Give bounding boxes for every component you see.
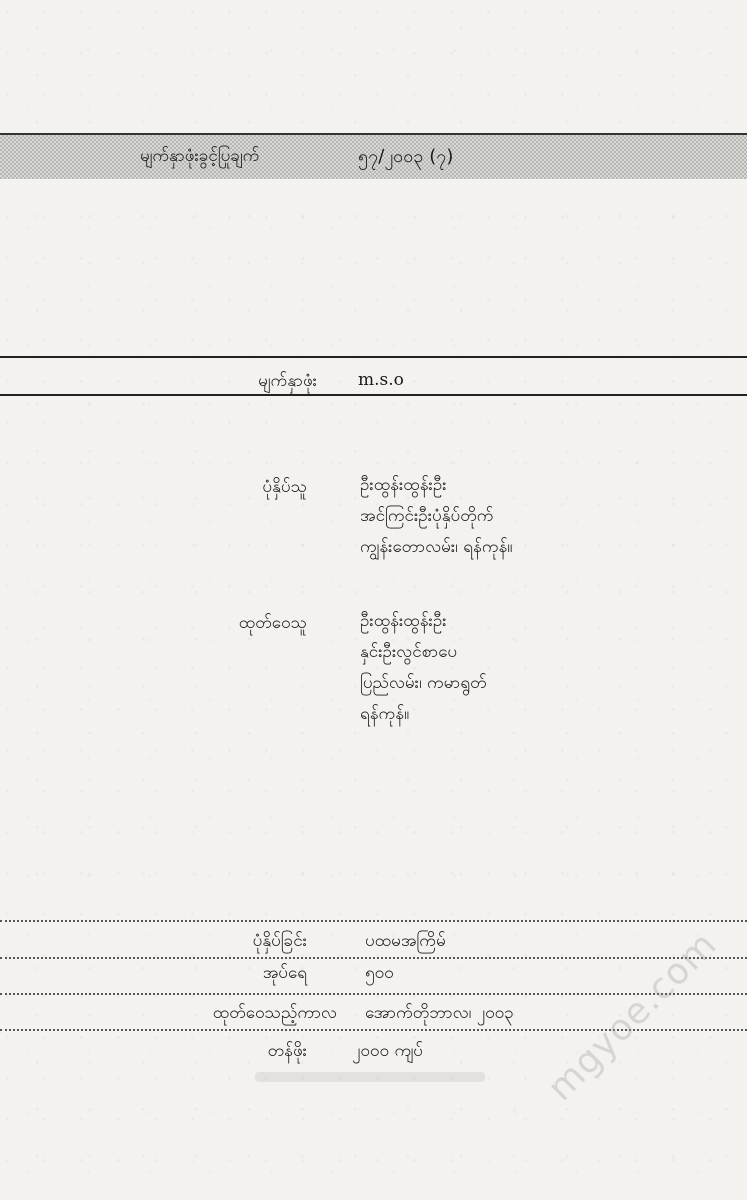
publisher-name: ဦးထွန်းထွန်းဦး bbox=[360, 606, 487, 637]
divider-top bbox=[0, 356, 747, 358]
header-band: မျက်နှာဖုံးခွင့်ပြုချက် ၅၇/၂၀၀၃ (၇) bbox=[0, 133, 747, 179]
printer-name: ဦးထွန်းထွန်းဦး bbox=[360, 470, 512, 501]
copies-label: အုပ်ရေ bbox=[263, 962, 307, 987]
price-value: ၂၀၀၀ ကျပ် bbox=[352, 1040, 423, 1065]
publisher-info: ဦးထွန်းထွန်းဦး နှင်းဦးလွင်စာပေ ပြည်လမ်း၊… bbox=[360, 606, 487, 730]
watermark: mgyoe.com bbox=[540, 924, 725, 1109]
printer-press: အင်ကြင်းဦးပုံနှိပ်တိုက် bbox=[360, 501, 512, 532]
details-divider-2 bbox=[0, 957, 747, 959]
ink-smudge bbox=[255, 1072, 485, 1082]
cover-label: မျက်နှာဖုံး bbox=[258, 370, 317, 395]
header-title: မျက်နှာဖုံးခွင့်ပြုချက် bbox=[140, 145, 259, 170]
permit-number: ၅၇/၂၀၀၃ (၇) bbox=[358, 144, 453, 171]
printer-address: ကျွန်းတောလမ်း၊ ရန်ကုန်။ bbox=[360, 532, 512, 563]
publisher-city: ရန်ကုန်။ bbox=[360, 699, 487, 730]
copies-value: ၅၀၀ bbox=[365, 962, 394, 987]
cover-value: m.s.o bbox=[358, 370, 404, 390]
printer-info: ဦးထွန်းထွန်းဦး အင်ကြင်းဦးပုံနှိပ်တိုက် က… bbox=[360, 470, 512, 563]
divider-bottom bbox=[0, 394, 747, 396]
publication-date-value: အောက်တိုဘာလ၊ ၂၀၀၃ bbox=[365, 1002, 514, 1027]
details-divider-1 bbox=[0, 920, 747, 922]
publisher-house: နှင်းဦးလွင်စာပေ bbox=[360, 637, 487, 668]
publication-date-label: ထုတ်ဝေသည့်ကာလ bbox=[213, 1002, 337, 1027]
edition-label: ပုံနှိပ်ခြင်း bbox=[253, 930, 307, 955]
price-label: တန်ဖိုး bbox=[268, 1040, 307, 1065]
edition-value: ပထမအကြိမ် bbox=[365, 930, 446, 955]
printer-label: ပုံနှိပ်သူ bbox=[262, 476, 307, 501]
publisher-label: ထုတ်ဝေသူ bbox=[239, 612, 307, 637]
publisher-street: ပြည်လမ်း၊ ကမာရွတ် bbox=[360, 668, 487, 699]
